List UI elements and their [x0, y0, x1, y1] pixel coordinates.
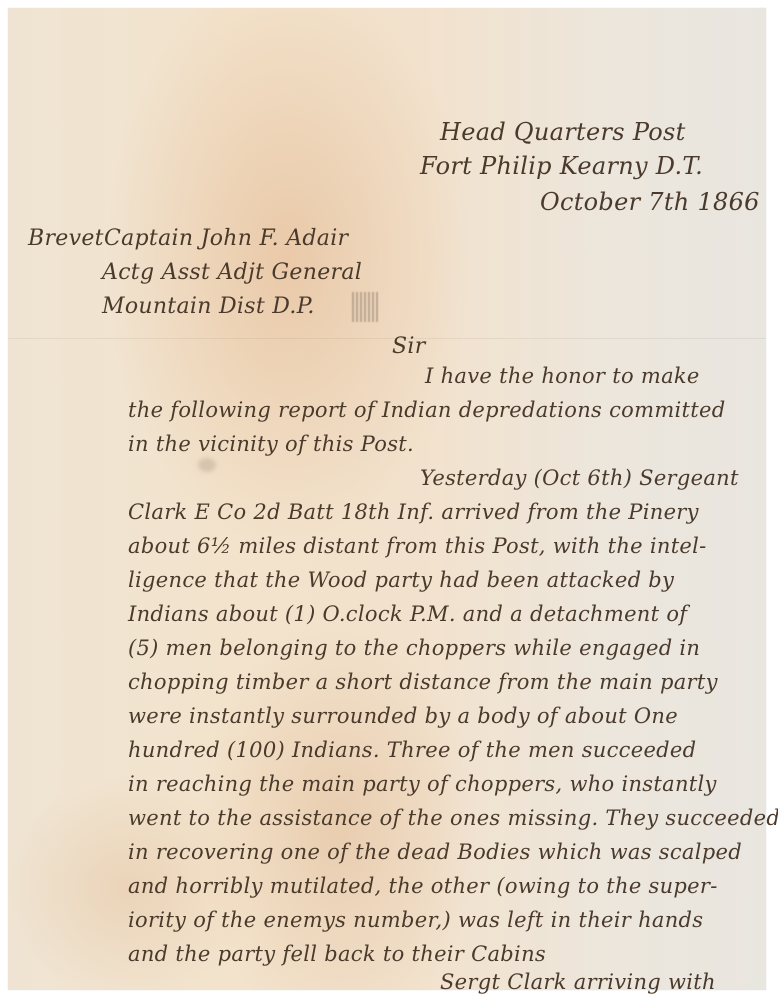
salutation: Sir — [392, 334, 426, 359]
heading-line-2: Fort Philip Kearny D.T. — [420, 152, 703, 180]
body-line: Indians about (1) O.clock P.M. and a det… — [128, 602, 687, 626]
paper-stain-spot — [198, 458, 216, 472]
body-line: Clark E Co 2d Batt 18th Inf. arrived fro… — [128, 500, 699, 524]
body-line: about 6½ miles distant from this Post, w… — [128, 534, 707, 558]
paper-fold-line — [8, 338, 766, 339]
body-line: (5) men belonging to the choppers while … — [128, 636, 700, 660]
addressee-line-2: Actg Asst Adjt General — [102, 260, 362, 285]
body-line: went to the assistance of the ones missi… — [128, 806, 778, 830]
body-line: Sergt Clark arriving with — [440, 970, 716, 994]
body-line: in the vicinity of this Post. — [128, 432, 414, 456]
addressee-line-1: Captain John F. Adair — [104, 226, 348, 251]
body-line: Yesterday (Oct 6th) Sergeant — [420, 466, 739, 490]
body-line: ligence that the Wood party had been att… — [128, 568, 674, 592]
body-line: in reaching the main party of choppers, … — [128, 772, 717, 796]
ink-smudge — [352, 292, 378, 322]
body-line: and horribly mutilated, the other (owing… — [128, 874, 718, 898]
body-line: chopping timber a short distance from th… — [128, 670, 718, 694]
heading-line-1: Head Quarters Post — [440, 118, 686, 146]
addressee-prefix: Brevet — [28, 226, 104, 251]
addressee-line-3: Mountain Dist D.P. — [102, 294, 315, 319]
body-line: were instantly surrounded by a body of a… — [128, 704, 678, 728]
body-line: hundred (100) Indians. Three of the men … — [128, 738, 696, 762]
body-line: I have the honor to make — [425, 364, 700, 388]
body-line: in recovering one of the dead Bodies whi… — [128, 840, 742, 864]
dateline: October 7th 1866 — [540, 188, 760, 216]
body-line: and the party fell back to their Cabins — [128, 942, 546, 966]
body-line: iority of the enemys number,) was left i… — [128, 908, 703, 932]
body-line: the following report of Indian depredati… — [128, 398, 726, 422]
